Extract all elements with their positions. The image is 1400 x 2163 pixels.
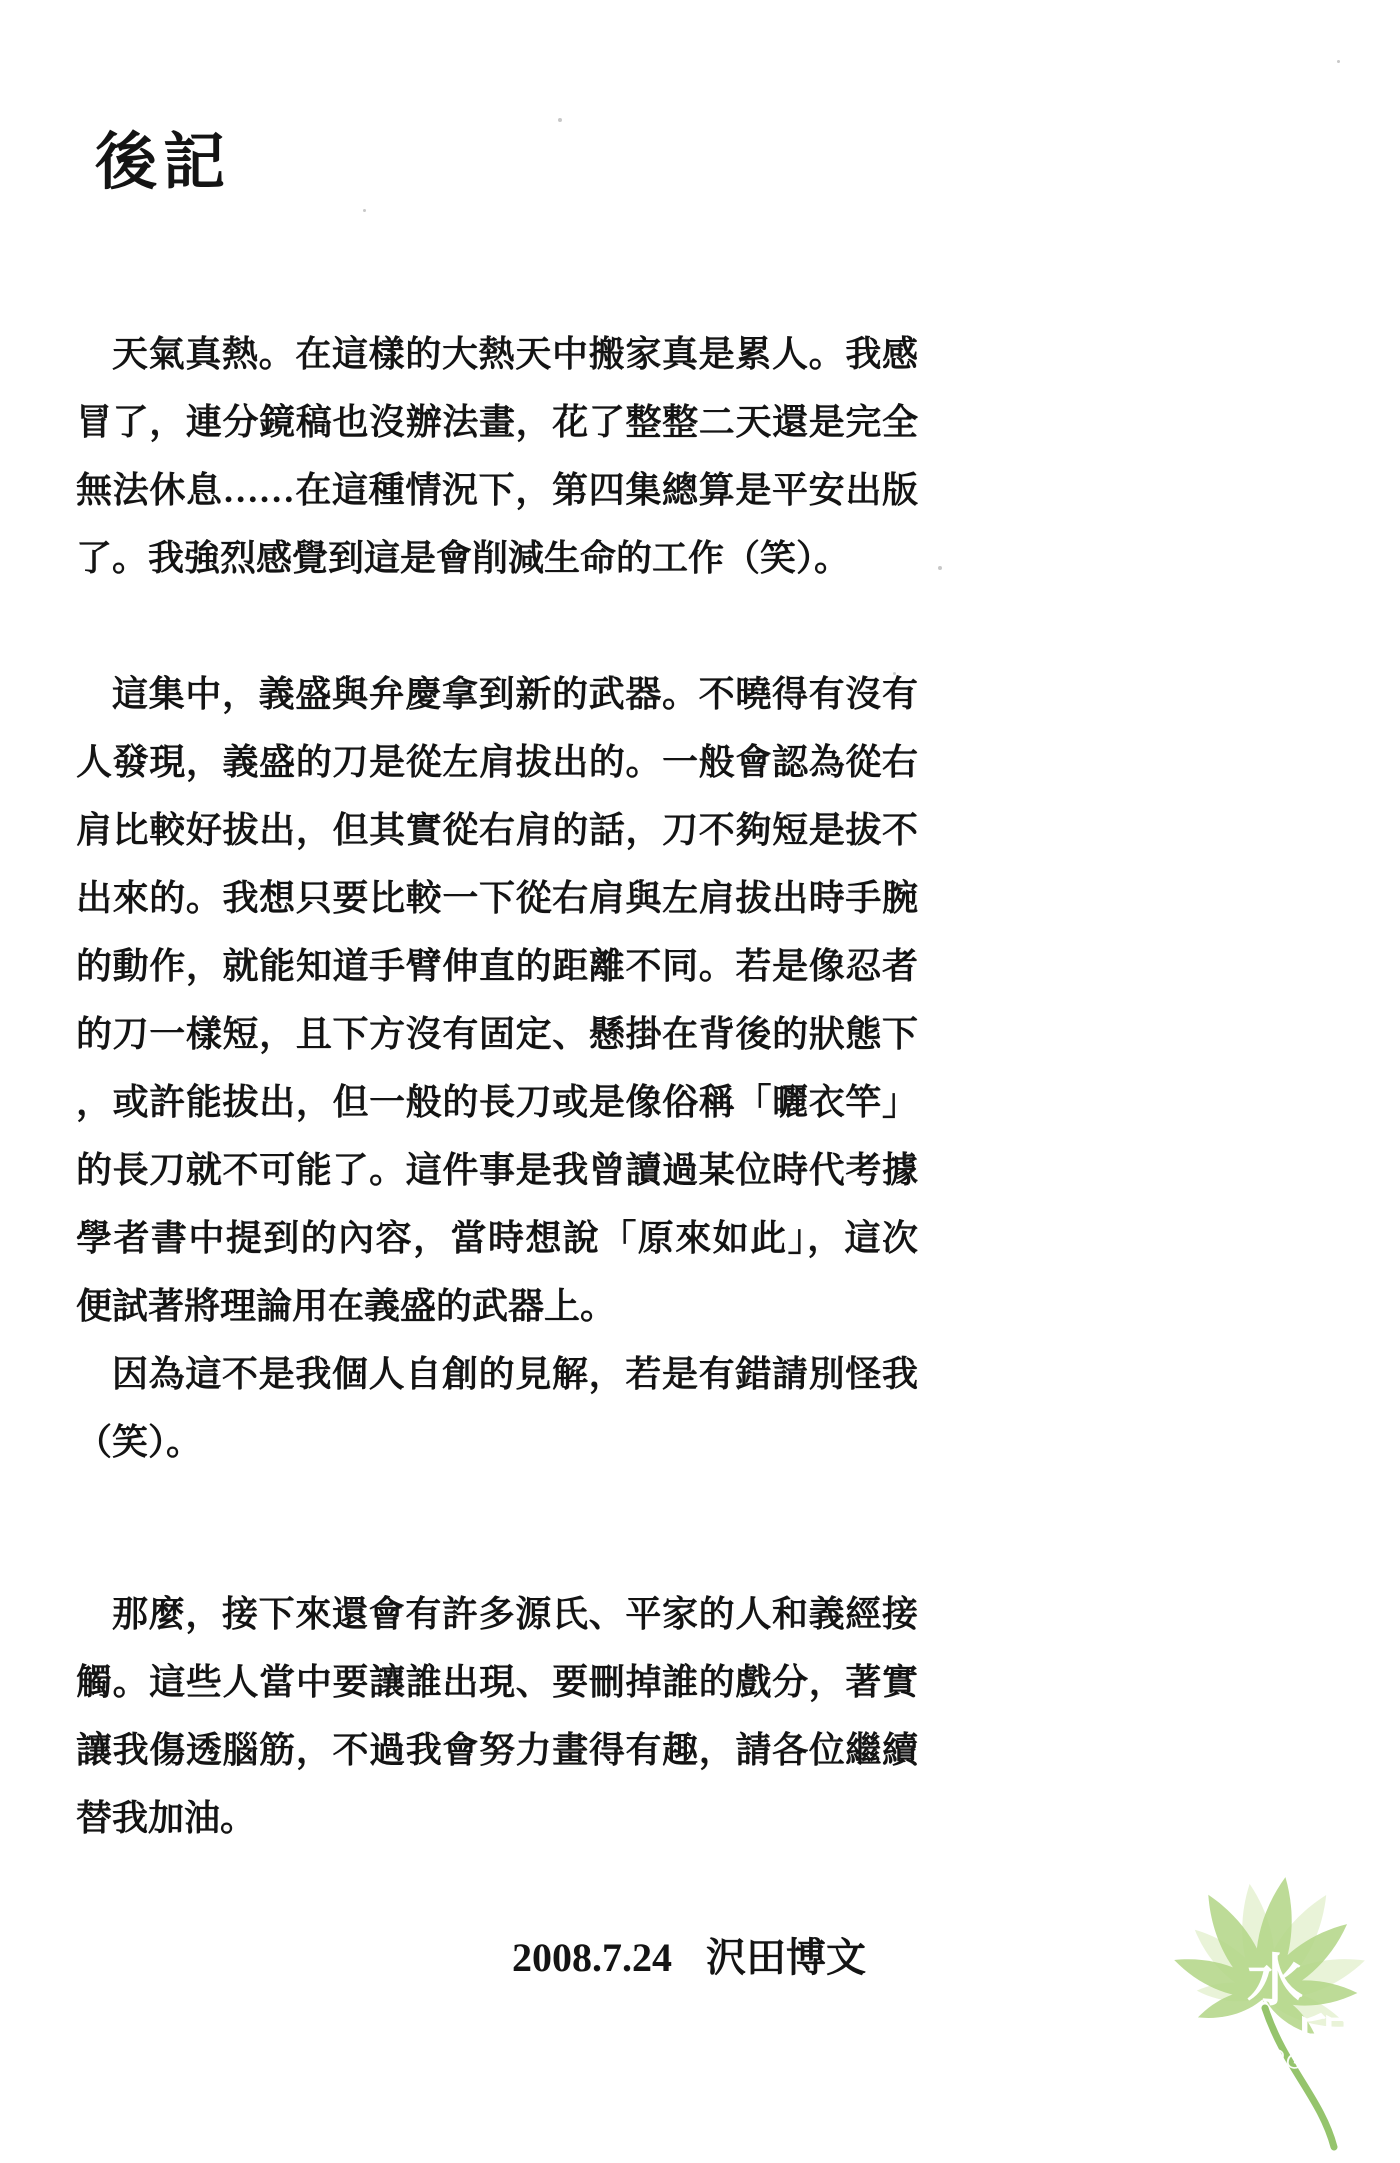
maple-leaf-icon: 水 印 Scan by GOGO70811 bbox=[1125, 1858, 1375, 2158]
signature-author: 沢田博文 bbox=[706, 1935, 866, 1980]
scan-speck bbox=[1337, 60, 1340, 63]
text-line: 肩比較好拔出，但其實從右肩的話，刀不夠短是拔不 bbox=[76, 796, 918, 864]
text-line: 這集中，義盛與弁慶拿到新的武器。不曉得有沒有 bbox=[76, 660, 918, 728]
scan-watermark: 水 印 Scan by GOGO70811 bbox=[1125, 1858, 1375, 2158]
signature-line: 2008.7.24沢田博文 bbox=[512, 1926, 866, 1983]
text-line: （笑）。 bbox=[76, 1408, 918, 1476]
text-line: 的動作，就能知道手臂伸直的距離不同。若是像忍者 bbox=[76, 932, 918, 1000]
paragraph: 因為這不是我個人自創的見解，若是有錯請別怪我（笑）。 bbox=[76, 1340, 918, 1476]
text-line: 的刀一樣短，且下方沒有固定、懸掛在背後的狀態下 bbox=[76, 1000, 918, 1068]
scan-speck bbox=[558, 118, 562, 122]
text-line: 那麼，接下來還會有許多源氏、平家的人和義經接 bbox=[76, 1580, 918, 1648]
text-line: 天氣真熱。在這樣的大熱天中搬家真是累人。我感 bbox=[76, 320, 918, 388]
text-line: 觸。這些人當中要讓誰出現、要刪掉誰的戲分，著實 bbox=[76, 1648, 918, 1716]
text-line: 學者書中提到的內容，當時想說「原來如此」，這次 bbox=[76, 1204, 918, 1272]
text-line: 出來的。我想只要比較一下從右肩與左肩拔出時手腕 bbox=[76, 864, 918, 932]
watermark-char-shui: 水 bbox=[1247, 1951, 1303, 2013]
signature-date: 2008.7.24 bbox=[512, 1935, 672, 1980]
scan-speck bbox=[363, 209, 366, 212]
body-text: 天氣真熱。在這樣的大熱天中搬家真是累人。我感冒了，連分鏡稿也沒辦法畫，花了整整二… bbox=[0, 0, 1400, 2163]
text-line: 讓我傷透腦筋，不過我會努力畫得有趣，請各位繼續 bbox=[76, 1716, 918, 1784]
text-line: 冒了，連分鏡稿也沒辦法畫，花了整整二天還是完全 bbox=[76, 388, 918, 456]
text-line: 替我加油。 bbox=[76, 1784, 918, 1852]
text-line: ，或許能拔出，但一般的長刀或是像俗稱「曬衣竿」 bbox=[76, 1068, 918, 1136]
paragraph: 天氣真熱。在這樣的大熱天中搬家真是累人。我感冒了，連分鏡稿也沒辦法畫，花了整整二… bbox=[76, 320, 918, 592]
text-line: 因為這不是我個人自創的見解，若是有錯請別怪我 bbox=[76, 1340, 918, 1408]
afterword-page: 後記 天氣真熱。在這樣的大熱天中搬家真是累人。我感冒了，連分鏡稿也沒辦法畫，花了… bbox=[0, 0, 1400, 2163]
paragraph: 這集中，義盛與弁慶拿到新的武器。不曉得有沒有人發現，義盛的刀是從左肩拔出的。一般… bbox=[76, 660, 918, 1340]
text-line: 人發現，義盛的刀是從左肩拔出的。一般會認為從右 bbox=[76, 728, 918, 796]
text-line: 的長刀就不可能了。這件事是我曾讀過某位時代考據 bbox=[76, 1136, 918, 1204]
text-line: 無法休息……在這種情況下，第四集總算是平安出版 bbox=[76, 456, 918, 524]
scan-speck bbox=[893, 672, 896, 675]
text-line: 了。我強烈感覺到這是會削減生命的工作（笑）。 bbox=[76, 524, 918, 592]
scan-speck bbox=[938, 566, 942, 570]
paragraph: 那麼，接下來還會有許多源氏、平家的人和義經接觸。這些人當中要讓誰出現、要刪掉誰的… bbox=[76, 1580, 918, 1852]
text-line: 便試著將理論用在義盛的武器上。 bbox=[76, 1272, 918, 1340]
